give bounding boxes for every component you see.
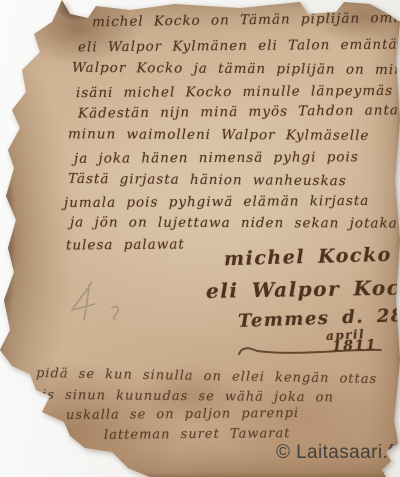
- manuscript-line: tulesa palawat: [66, 236, 185, 253]
- footer-line: latteman suret Tawarat: [104, 426, 291, 443]
- manuscript-line: Kädestän nijn minä myös Tahdon anta: [78, 102, 399, 121]
- signature-name: michel Kocko: [224, 244, 392, 270]
- signature-alias: eli Walpor Kocko: [206, 275, 400, 303]
- manuscript-line: ja jön on lujettawa niden sekan jotaka: [70, 214, 398, 231]
- manuscript-line: jumala pois pyhgiwä elämän kirjasta: [64, 193, 369, 211]
- manuscript-line: Walpor Kocko ja tämän piplijän on minun: [72, 60, 400, 78]
- footer-line: uskalla se on paljon parenpi: [66, 406, 299, 423]
- signature-place-date: Temmes d. 28: [238, 305, 400, 332]
- paper-shadow-wrap: michel Kocko on Tämän piplijän omista el…: [0, 0, 400, 477]
- watermark-label: © Laitasaari.fi: [276, 442, 398, 464]
- manuscript-line: minun waimolleni Walpor Kylmäselle: [68, 126, 370, 144]
- manuscript-line: michel Kocko on Tämän piplijän omista: [92, 10, 400, 31]
- footer-line: pois sinun kuunudas se wähä joka on: [24, 388, 334, 406]
- manuscript-line: ja joka hänen nimensä pyhgi pois: [74, 149, 359, 166]
- manuscript-line: eli Walpor Kylmänen eli Talon emäntä: [78, 37, 398, 56]
- tear-shadow-left-edge: [0, 140, 16, 340]
- manuscript-line: Tästä girjasta hänion wanheuskas: [68, 171, 347, 189]
- manuscript-line: isäni michel Kocko minulle länpeymäs: [76, 83, 393, 101]
- footer-line: pidä se kun sinulla on ellei kengän otta…: [36, 366, 377, 387]
- tear-shadow-top-left: [56, 0, 96, 22]
- signature-flourish: [235, 343, 385, 359]
- scanned-document-photo: michel Kocko on Tämän piplijän omista el…: [0, 0, 400, 477]
- manuscript-paper: michel Kocko on Tämän piplijän omista el…: [0, 0, 400, 477]
- pencil-mark: [62, 276, 132, 331]
